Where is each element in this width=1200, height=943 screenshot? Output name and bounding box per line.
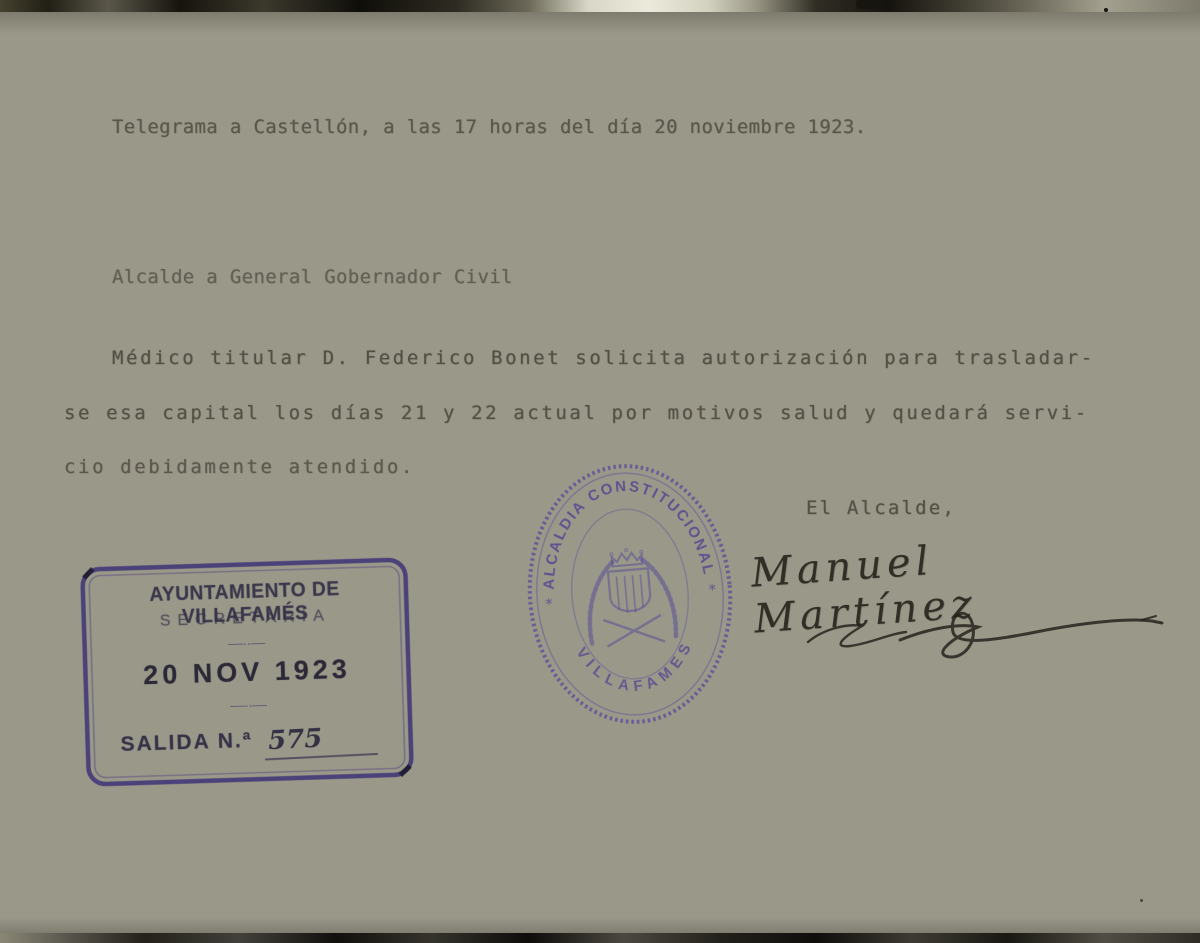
seal-star-right-icon: * (707, 580, 718, 599)
seal-star-left-icon: * (544, 595, 555, 614)
scan-speck (856, 0, 884, 9)
signoff-label: El Alcalde, (806, 497, 956, 519)
scan-edge-bottom (0, 933, 1200, 943)
scan-speck (1104, 8, 1108, 12)
scan-edge-top (0, 0, 1200, 12)
body-line-1: Médico titular D. Federico Bonet solicit… (112, 347, 1095, 369)
scan-edge-top-shadow (0, 12, 1200, 34)
scan-edge-bottom-shadow (0, 917, 1200, 933)
stamp-salida-label: SALIDA N.ª (120, 729, 253, 756)
stamp-salida-number: 575 (264, 721, 379, 760)
municipal-seal: ALCALDIA CONSTITUCIONAL VILLAFAMES * * (506, 443, 754, 745)
scan-speck (1140, 899, 1143, 902)
seal-coat-of-arms-icon (583, 545, 677, 648)
body-line-2: se esa capital los días 21 y 22 actual p… (64, 402, 1089, 424)
signature-flourish-icon (800, 596, 1170, 676)
svg-text:ALCALDIA CONSTITUCIONAL: ALCALDIA CONSTITUCIONAL (532, 471, 718, 592)
addressee-line: Alcalde a General Gobernador Civil (112, 266, 513, 288)
seal-top-text: ALCALDIA CONSTITUCIONAL (532, 471, 718, 592)
telegram-header: Telegrama a Castellón, a las 17 horas de… (112, 116, 867, 138)
registry-stamp: AYUNTAMIENTO DE VILLAFAMÉS SECRETARÍA —·… (79, 556, 416, 788)
document-page: Telegrama a Castellón, a las 17 horas de… (0, 0, 1200, 943)
body-line-3: cio debidamente atendido. (64, 456, 415, 478)
